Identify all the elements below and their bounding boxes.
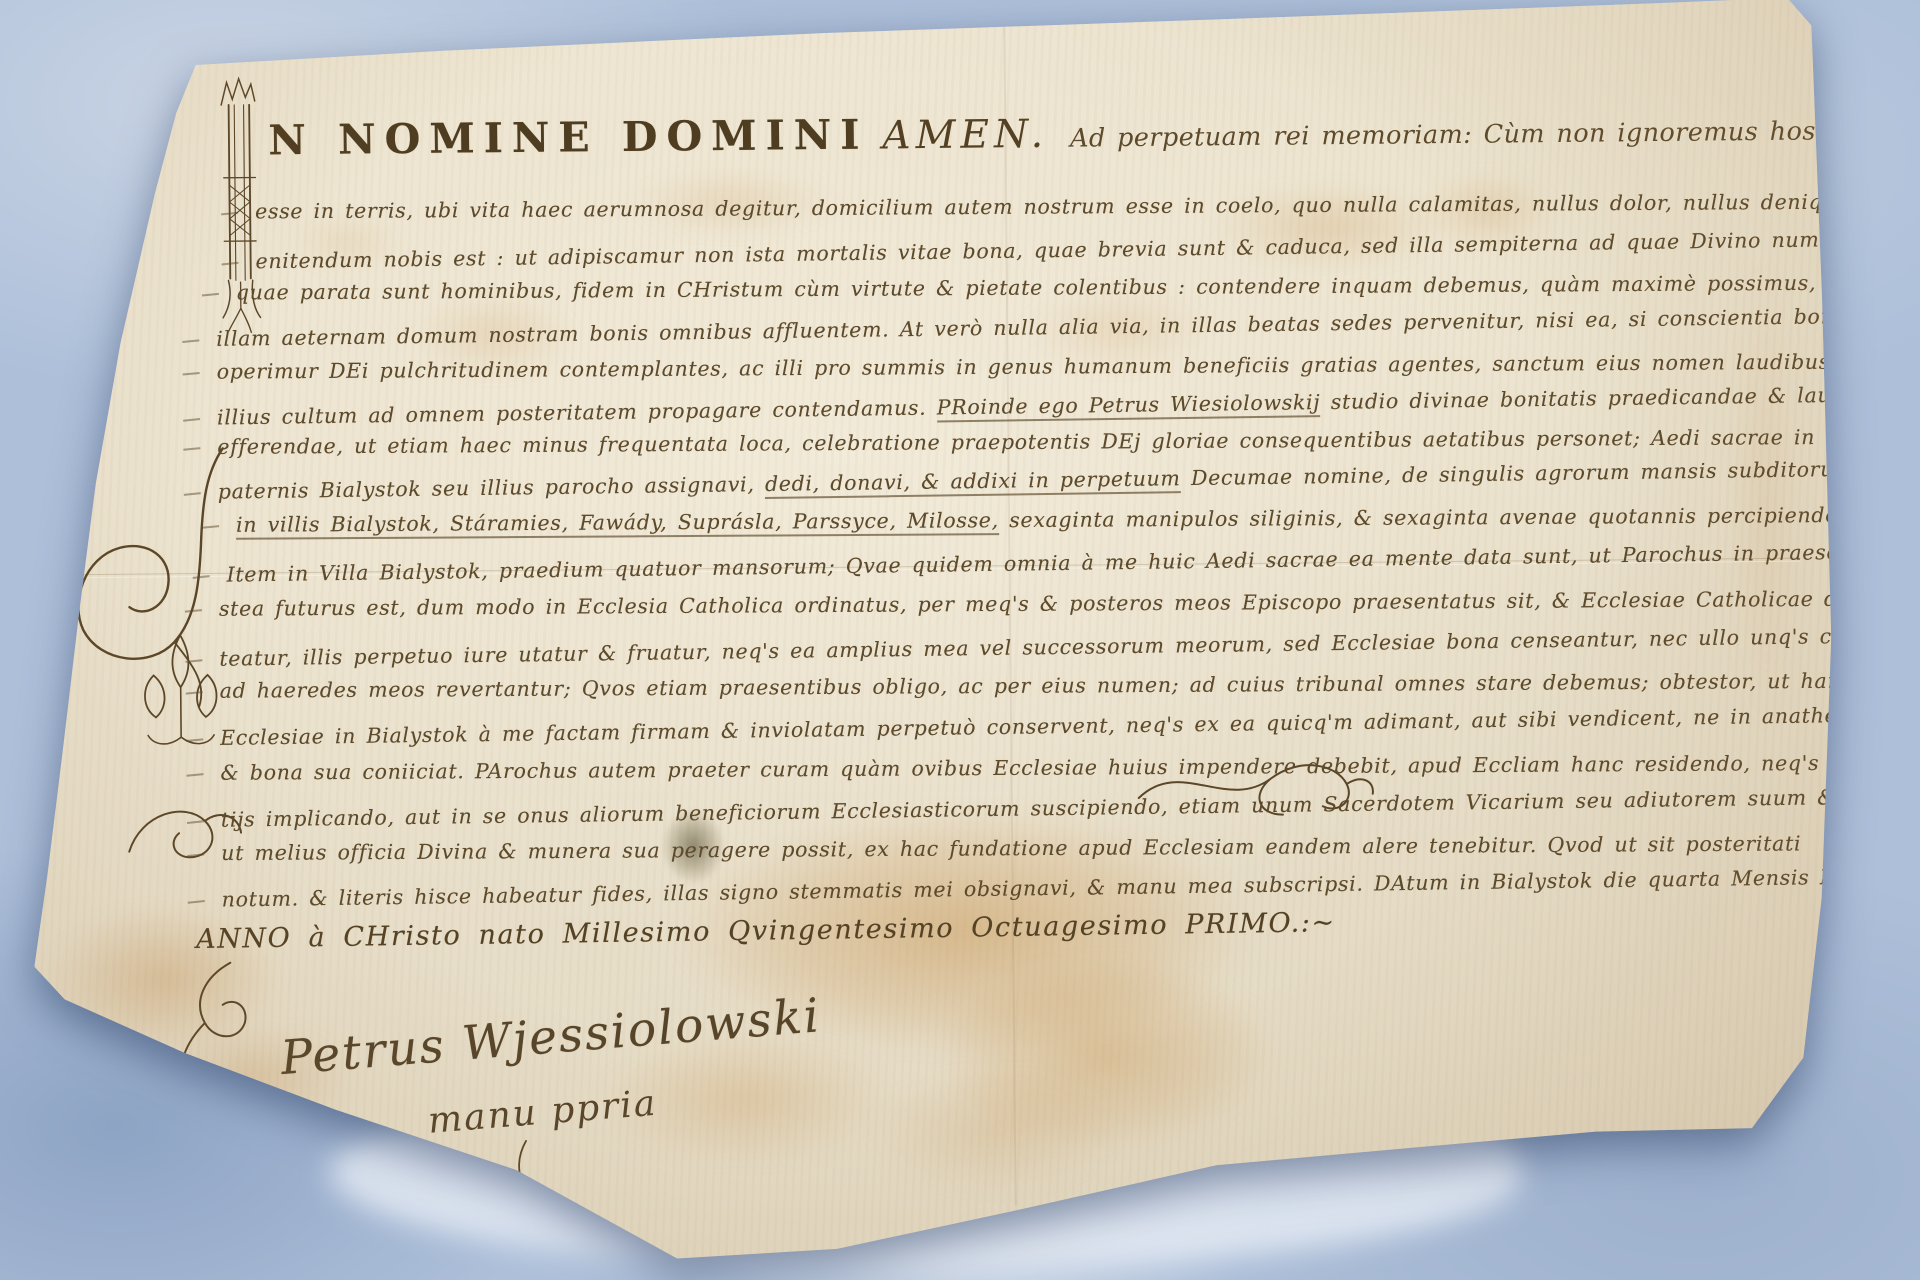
body-line: enitendum nobis est : ut adipiscamur non… <box>255 227 1920 272</box>
body-line: Item in Villa Bialystok, praedium quatuo… <box>226 540 1920 585</box>
body-line: Ecclesiae in Bialystok à me factam firma… <box>220 702 1920 748</box>
parchment-sheet: I <box>25 0 1837 1275</box>
flourish-bottom-left <box>134 952 285 1103</box>
flourish-left-anno <box>121 785 252 881</box>
body-line: ad haeredes meos revertantur; Qvos etiam… <box>220 670 1920 701</box>
stain-under-signature-right <box>865 1064 1126 1196</box>
signature-paraph <box>466 1134 587 1265</box>
body-line: paternis Bialystok seu illius parocho as… <box>218 457 1920 502</box>
body-line: teatur, illis perpetuo iure utatur & fru… <box>219 624 1920 669</box>
body-line: esse in terris, ubi vita haec aerumnosa … <box>255 191 1920 222</box>
line-segment: illius cultum ad omnem posteritatem prop… <box>217 395 937 429</box>
parchment-wrap: I <box>30 6 1830 1266</box>
underlined-donation-words: dedi, donavi, & addixi in perpetuum <box>765 466 1181 499</box>
document-heading: N NOMINE DOMINI AMEN. Ad perpetuam rei m… <box>268 98 1920 164</box>
stain-right-edge-band <box>1728 258 1803 739</box>
line-segment: studio divinae bonitatis praedicandae & … <box>1320 382 1891 414</box>
line-segment: Decumae nomine, de singulis agrorum mans… <box>1180 455 1920 490</box>
body-line: ut melius officia Divina & munera sua pe… <box>221 833 1801 863</box>
opening-phrase: Ad perpetuam rei memoriam: Cùm non ignor… <box>1070 113 1920 153</box>
underlined-founder-name: PRoinde ego Petrus Wiesiolowskij <box>937 390 1321 422</box>
body-line: efferendae, ut etiam haec minus frequent… <box>217 426 1920 457</box>
incipit-amen: AMEN. <box>882 112 1048 159</box>
body-line: quae parata sunt hominibus, fidem in CHr… <box>236 272 1920 303</box>
line-segment: paternis Bialystok seu illius parocho as… <box>218 472 766 504</box>
body-line: & bona sua coniiciat. PArochus autem pra… <box>220 752 1920 783</box>
manuscript-photo: I <box>0 0 1920 1280</box>
body-line: illius cultum ad omnem posteritatem prop… <box>217 384 1892 428</box>
incipit-caps: N NOMINE DOMINI <box>268 111 868 165</box>
underlined-village-names: in villis Bialystok, Stáramies, Fawády, … <box>236 508 999 540</box>
body-line: in villis Bialystok, Stáramies, Fawády, … <box>236 505 1875 536</box>
body-line: stea futurus est, dum modo in Ecclesia C… <box>219 588 1920 619</box>
